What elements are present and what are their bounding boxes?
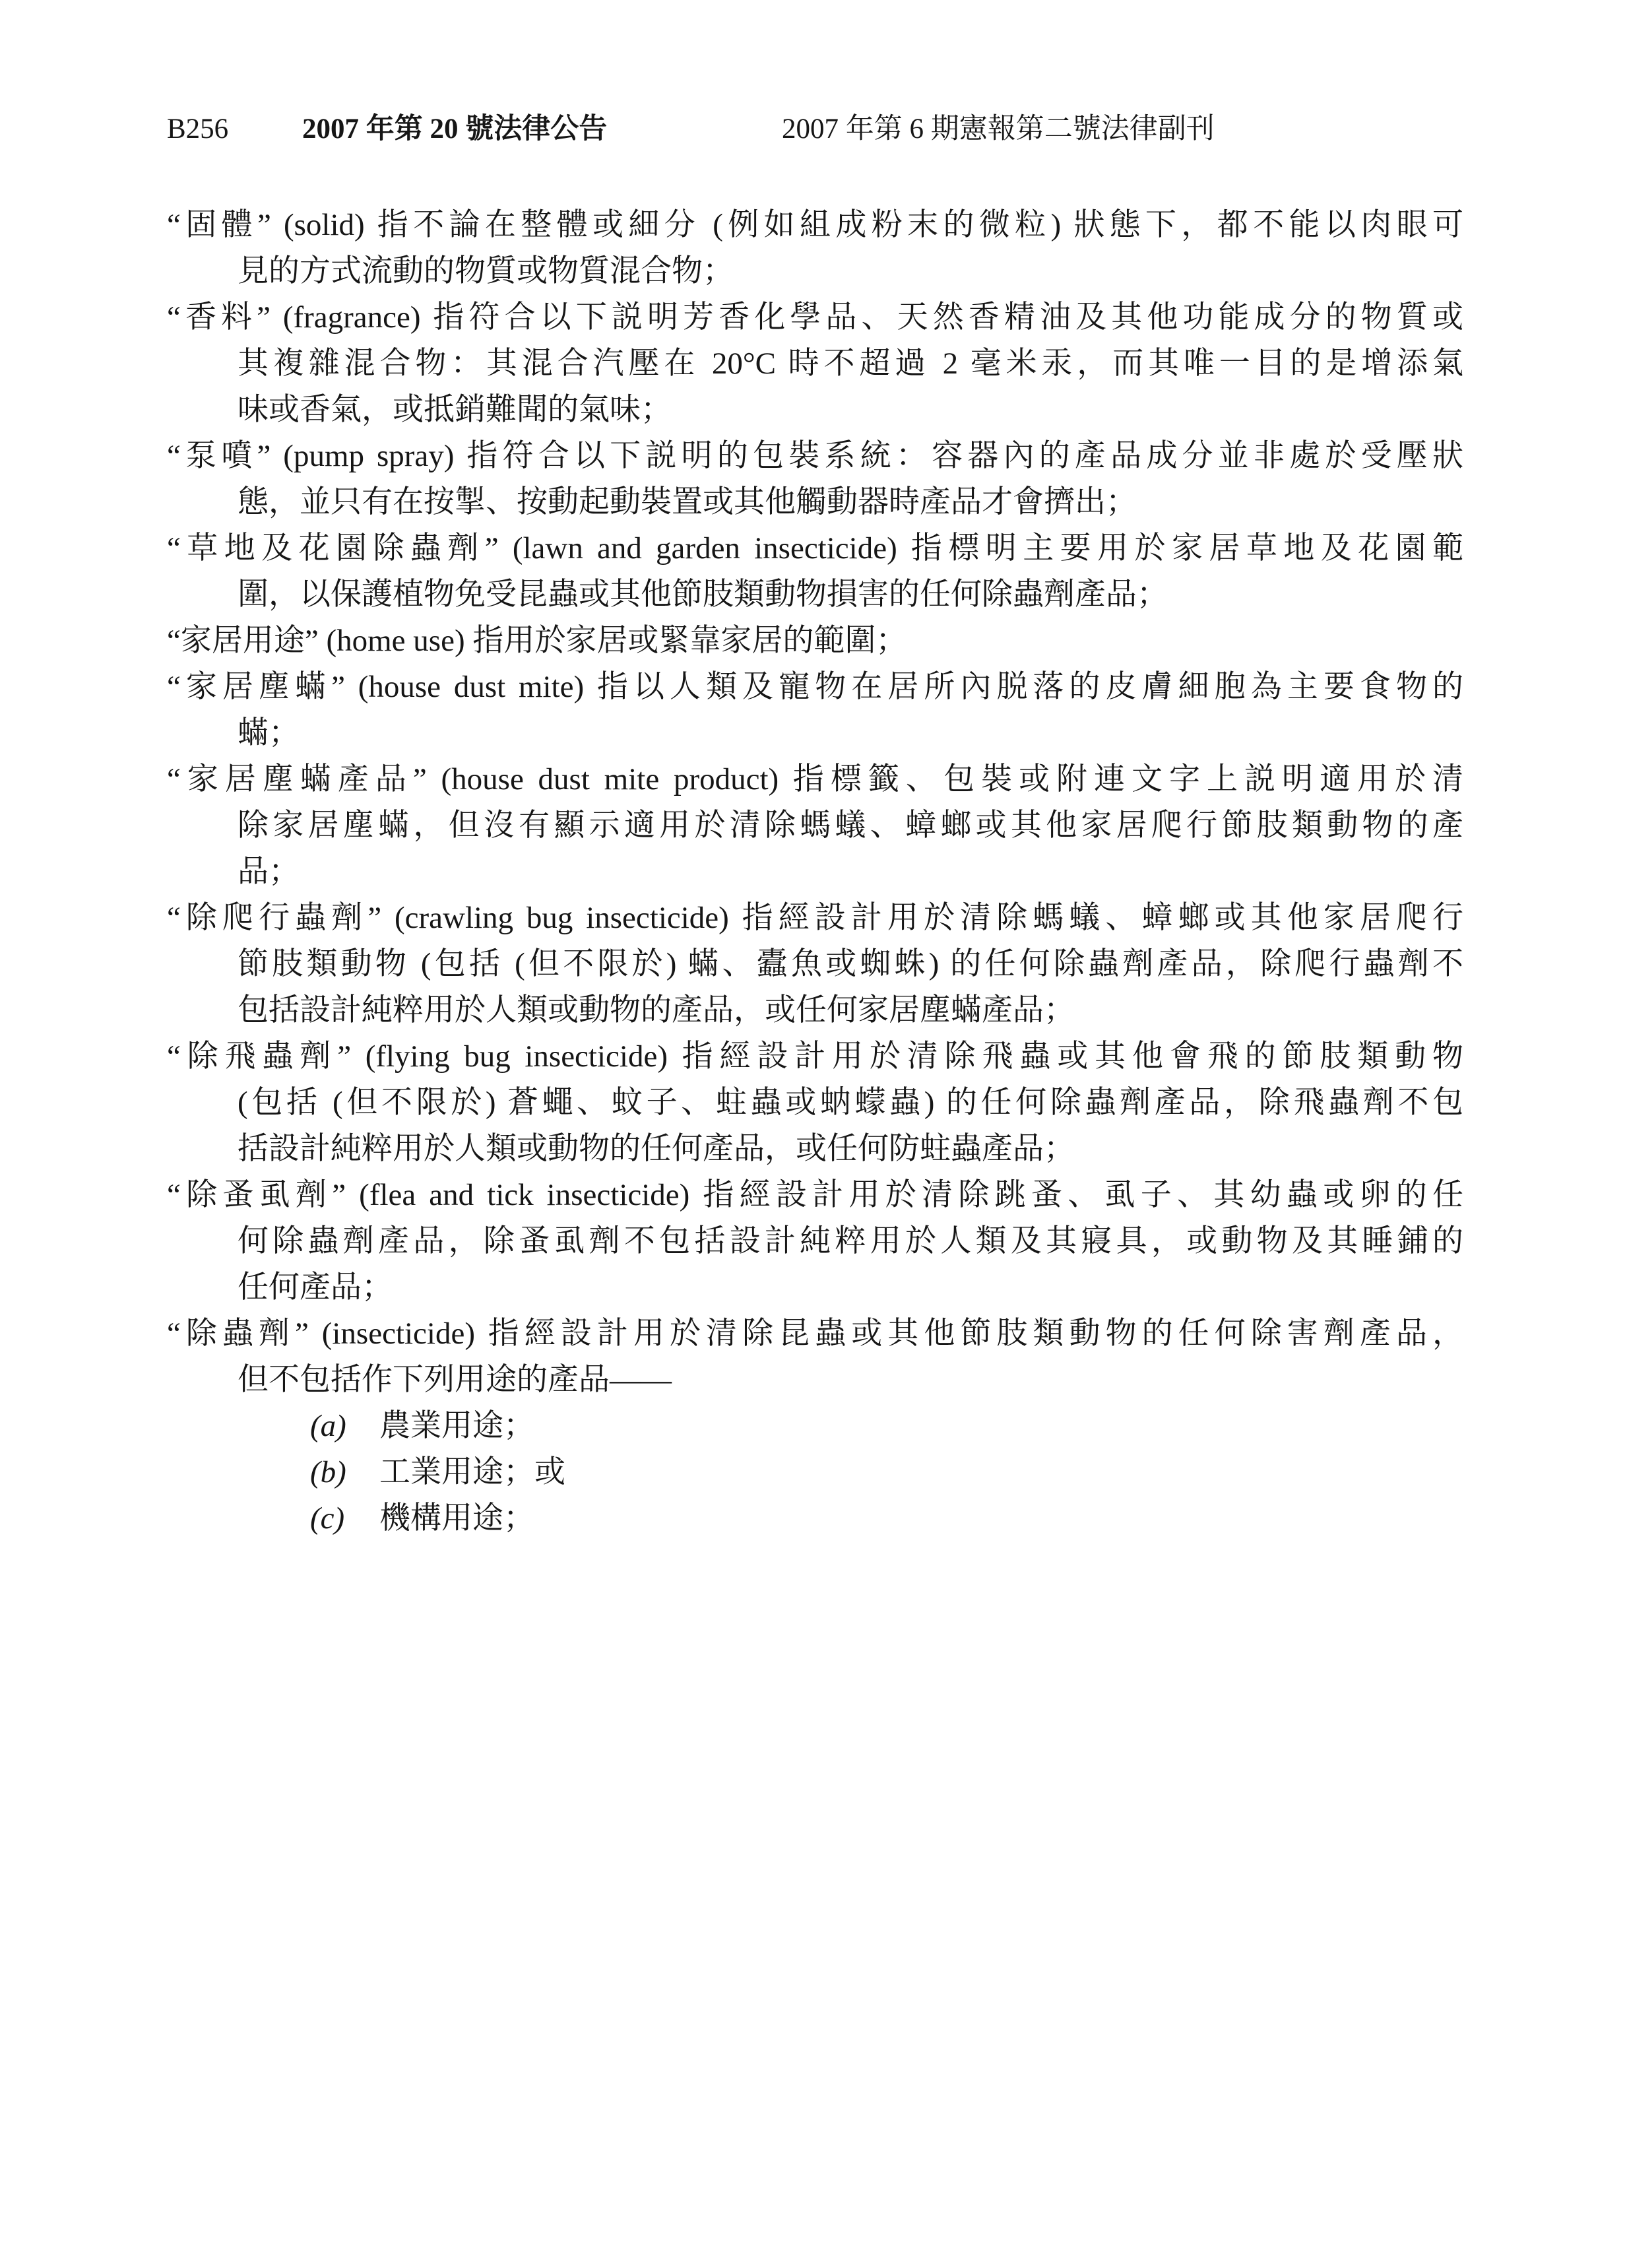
definition-line: 見的方式流動的物質或物質混合物；: [167, 248, 1463, 294]
definition-subitem: (c)機構用途；: [167, 1495, 1463, 1541]
definition-line: “家居用途” (home use) 指用於家居或緊靠家居的範圍；: [167, 618, 1463, 664]
definition-line: “家居塵蟎” (house dust mite) 指以人類及寵物在居所內脱落的皮…: [167, 664, 1463, 710]
definition-item: “除飛蟲劑” (flying bug insecticide) 指經設計用於清除…: [167, 1033, 1463, 1172]
definition-item: “除蟲劑” (insecticide) 指經設計用於清除昆蟲或其他節肢類動物的任…: [167, 1311, 1463, 1541]
definition-line: 節肢類動物 (包括 (但不限於) 蟎、蠹魚或蜘蛛) 的任何除蟲劑產品，除爬行蟲劑…: [167, 941, 1463, 987]
definition-line: (包括 (但不限於) 蒼蠅、蚊子、蛀蟲或蚋蠓蟲) 的任何除蟲劑產品，除飛蟲劑不包: [167, 1080, 1463, 1126]
definition-line: “固體” (solid) 指不論在整體或細分 (例如組成粉末的微粒) 狀態下，都…: [167, 202, 1463, 248]
legal-notice-title: 2007 年第 20 號法律公告: [302, 112, 607, 146]
definition-item: “固體” (solid) 指不論在整體或細分 (例如組成粉末的微粒) 狀態下，都…: [167, 202, 1463, 294]
definition-item: “家居塵蟎” (house dust mite) 指以人類及寵物在居所內脱落的皮…: [167, 664, 1463, 756]
definition-line: 任何產品；: [167, 1264, 1463, 1311]
subitem-marker: (b): [310, 1449, 379, 1495]
definition-item: “香料” (fragrance) 指符合以下説明芳香化學品、天然香精油及其他功能…: [167, 294, 1463, 433]
definition-line: “草地及花園除蟲劑” (lawn and garden insecticide)…: [167, 525, 1463, 571]
definition-line: 味或香氣，或抵銷難聞的氣味；: [167, 387, 1463, 433]
definition-item: “除爬行蟲劑” (crawling bug insecticide) 指經設計用…: [167, 895, 1463, 1033]
definition-line: 態，並只有在按掣、按動起動裝置或其他觸動器時產品才會擠出；: [167, 479, 1463, 525]
definition-line: 括設計純粹用於人類或動物的任何產品，或任何防蛀蟲產品；: [167, 1126, 1463, 1172]
definition-line: “除蟲劑” (insecticide) 指經設計用於清除昆蟲或其他節肢類動物的任…: [167, 1311, 1463, 1357]
definition-subitem: (a)農業用途；: [167, 1403, 1463, 1449]
page-number: B256: [167, 112, 228, 146]
definition-line: 除家居塵蟎，但沒有顯示適用於清除螞蟻、蟑螂或其他家居爬行節肢類動物的產: [167, 802, 1463, 849]
definition-line: 蟎；: [167, 710, 1463, 756]
definition-line: 其複雜混合物：其混合汽壓在 20°C 時不超過 2 毫米汞，而其唯一目的是增添氣: [167, 340, 1463, 387]
subitem-text: 農業用途；: [379, 1403, 1463, 1449]
page-header: B256 2007 年第 20 號法律公告 2007 年第 6 期憲報第二號法律…: [0, 112, 1627, 146]
definition-line: “除飛蟲劑” (flying bug insecticide) 指經設計用於清除…: [167, 1033, 1463, 1080]
definition-line: “家居塵蟎產品” (house dust mite product) 指標籤、包…: [167, 756, 1463, 802]
definition-item: “泵噴” (pump spray) 指符合以下説明的包裝系統：容器內的產品成分並…: [167, 433, 1463, 525]
definition-line: 圍，以保護植物免受昆蟲或其他節肢類動物損害的任何除蟲劑產品；: [167, 571, 1463, 618]
definition-subitem: (b)工業用途；或: [167, 1449, 1463, 1495]
subitem-marker: (c): [310, 1495, 379, 1541]
definition-line: “除爬行蟲劑” (crawling bug insecticide) 指經設計用…: [167, 895, 1463, 941]
definition-item: “草地及花園除蟲劑” (lawn and garden insecticide)…: [167, 525, 1463, 618]
definitions-section: “固體” (solid) 指不論在整體或細分 (例如組成粉末的微粒) 狀態下，都…: [167, 202, 1463, 1541]
subitem-text: 工業用途；或: [379, 1449, 1463, 1495]
definition-item: “除蚤虱劑” (flea and tick insecticide) 指經設計用…: [167, 1172, 1463, 1311]
definition-line: 品；: [167, 849, 1463, 895]
definition-line: “除蚤虱劑” (flea and tick insecticide) 指經設計用…: [167, 1172, 1463, 1218]
definition-line: 包括設計純粹用於人類或動物的產品，或任何家居塵蟎產品；: [167, 987, 1463, 1033]
definition-line: “泵噴” (pump spray) 指符合以下説明的包裝系統：容器內的產品成分並…: [167, 433, 1463, 479]
definition-item: “家居用途” (home use) 指用於家居或緊靠家居的範圍；: [167, 618, 1463, 664]
definition-line: 何除蟲劑產品，除蚤虱劑不包括設計純粹用於人類及其寢具，或動物及其睡鋪的: [167, 1218, 1463, 1264]
definition-line: “香料” (fragrance) 指符合以下説明芳香化學品、天然香精油及其他功能…: [167, 294, 1463, 340]
subitem-marker: (a): [310, 1403, 379, 1449]
subitem-text: 機構用途；: [379, 1495, 1463, 1541]
gazette-supplement-title: 2007 年第 6 期憲報第二號法律副刊: [782, 112, 1215, 146]
definition-line: 但不包括作下列用途的產品——: [167, 1357, 1463, 1403]
gazette-page: B256 2007 年第 20 號法律公告 2007 年第 6 期憲報第二號法律…: [0, 0, 1627, 2268]
definition-item: “家居塵蟎產品” (house dust mite product) 指標籤、包…: [167, 756, 1463, 895]
